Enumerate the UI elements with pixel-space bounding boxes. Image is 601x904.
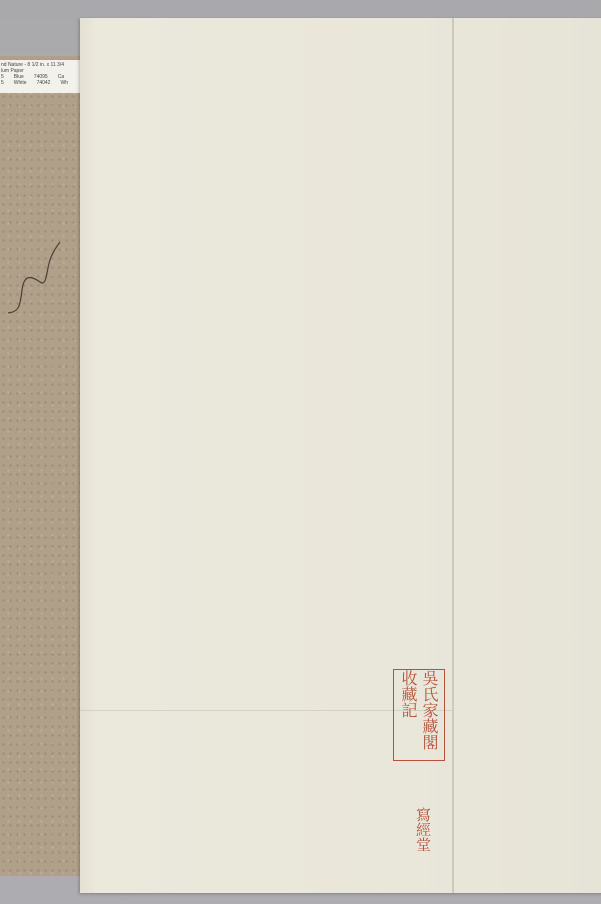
- album-page: [80, 18, 601, 893]
- tan-board: [0, 56, 84, 876]
- label-row-2: 5White74042Wh: [1, 80, 80, 86]
- collector-seal-upper: 吳氏家藏閣收藏記: [393, 669, 445, 761]
- product-label: nd Nature - 8 1/2 in. x 11 3/4 lum Paper…: [0, 60, 80, 93]
- page-fold: [452, 18, 454, 893]
- pencil-squiggle: [0, 230, 90, 330]
- collector-seal-lower: 寫經堂: [400, 806, 446, 852]
